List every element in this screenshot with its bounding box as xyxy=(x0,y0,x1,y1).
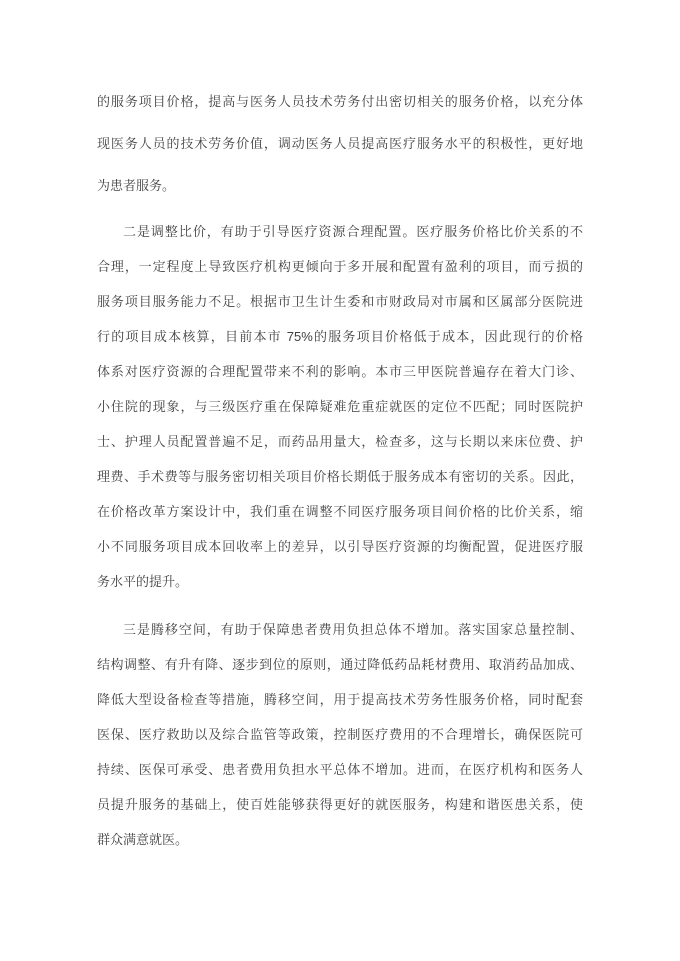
text-line: 三是腾移空间，有助于保障患者费用负担总体不增加。落实国家总量控制、 xyxy=(97,612,583,647)
text-line: 二是调整比价，有助于引导医疗资源合理配置。医疗服务价格比价关系的不 xyxy=(97,214,583,249)
text-line: 体系对医疗资源的合理配置带来不利的影响。本市三甲医院普遍存在着大门诊、 xyxy=(97,354,583,389)
text-line: 医保、医疗救助以及综合监管等政策，控制医疗费用的不合理增长，确保医院可 xyxy=(97,717,583,752)
text-line: 小住院的现象，与三级医疗重在保障疑难危重症就医的定位不匹配；同时医院护 xyxy=(97,389,583,424)
paragraph-3: 三是腾移空间，有助于保障患者费用负担总体不增加。落实国家总量控制、 结构调整、有… xyxy=(97,612,583,857)
text-line: 群众满意就医。 xyxy=(97,822,583,857)
paragraph-2: 二是调整比价，有助于引导医疗资源合理配置。医疗服务价格比价关系的不 合理，一定程… xyxy=(97,214,583,599)
text-line: 合理，一定程度上导致医疗机构更倾向于多开展和配置有盈利的项目，而亏损的 xyxy=(97,249,583,284)
text-line: 在价格改革方案设计中，我们重在调整不同医疗服务项目间价格的比价关系，缩 xyxy=(97,494,583,529)
text-line: 持续、医保可承受、患者费用负担水平总体不增加。进而，在医疗机构和医务人 xyxy=(97,752,583,787)
text-line: 服务项目服务能力不足。根据市卫生计生委和市财政局对市属和区属部分医院进 xyxy=(97,284,583,319)
text-line: 结构调整、有升有降、逐步到位的原则，通过降低药品耗材费用、取消药品加成、 xyxy=(97,647,583,682)
text-line: 士、护理人员配置普遍不足，而药品用量大，检查多，这与长期以来床位费、护 xyxy=(97,424,583,459)
text-line: 员提升服务的基础上，使百姓能够获得更好的就医服务，构建和谐医患关系，使 xyxy=(97,787,583,822)
text-line: 行的项目成本核算，目前本市 75%的服务项目价格低于成本，因此现行的价格 xyxy=(97,319,583,354)
text-line: 现医务人员的技术劳务价值，调动医务人员提高医疗服务水平的积极性，更好地 xyxy=(97,123,583,165)
text-line: 小不同服务项目成本回收率上的差异，以引导医疗资源的均衡配置，促进医疗服 xyxy=(97,529,583,564)
text-line: 理费、手术费等与服务密切相关项目价格长期低于服务成本有密切的关系。因此， xyxy=(97,459,583,494)
paragraph-1: 的服务项目价格，提高与医务人员技术劳务付出密切相关的服务价格，以充分体 现医务人… xyxy=(97,81,583,207)
document-page: 的服务项目价格，提高与医务人员技术劳务付出密切相关的服务价格，以充分体 现医务人… xyxy=(97,81,583,857)
text-line: 务水平的提升。 xyxy=(97,564,583,599)
text-line: 降低大型设备检查等措施，腾移空间，用于提高技术劳务性服务价格，同时配套 xyxy=(97,682,583,717)
text-line: 的服务项目价格，提高与医务人员技术劳务付出密切相关的服务价格，以充分体 xyxy=(97,81,583,123)
text-line: 为患者服务。 xyxy=(97,165,583,207)
